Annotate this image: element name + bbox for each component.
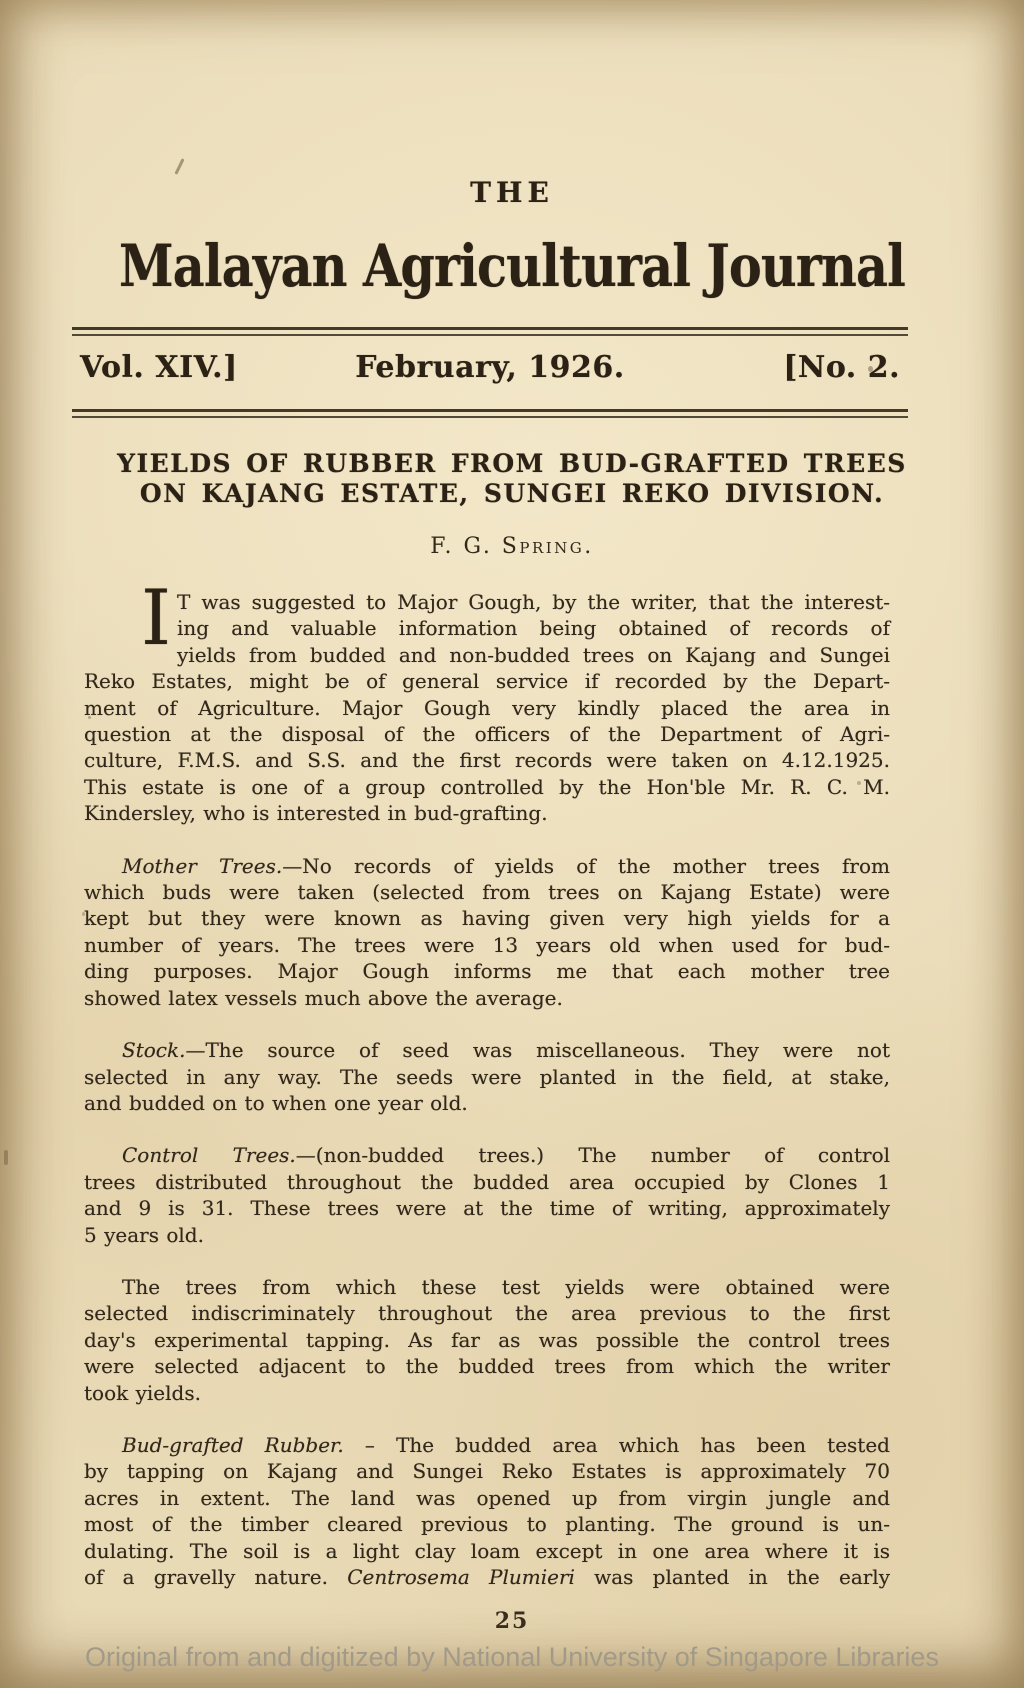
text-line: This estate is one of a group controlled… [84, 774, 890, 800]
article-author: F. G. Spring. [0, 534, 1024, 559]
scan-artifact [174, 158, 184, 175]
text-line: and budded on to when one year old. [84, 1090, 890, 1116]
scan-artifact [4, 1150, 8, 1165]
text-line: question at the disposal of the officers… [84, 721, 890, 747]
article-title-line-2: ON KAJANG ESTATE, SUNGEI REKO DIVISION. [0, 479, 1024, 509]
issue-date: February, 1926. [355, 350, 624, 385]
article-title-line-1: YIELDS OF RUBBER FROM BUD-GRAFTED TREES [0, 449, 1024, 479]
paragraph: Control Trees.—(non-budded trees.) The n… [84, 1142, 890, 1248]
text-line: which buds were taken (selected from tre… [84, 879, 890, 905]
text-line: dulating. The soil is a light clay loam … [84, 1538, 890, 1564]
text-line: and 9 is 31. These trees were at the tim… [84, 1195, 890, 1221]
text-line: most of the timber cleared previous to p… [84, 1511, 890, 1537]
text-line: T was suggested to Major Gough, by the w… [84, 589, 890, 615]
text-line: Mother Trees.—No records of yields of th… [84, 853, 890, 879]
text-line: ding purposes. Major Gough informs me th… [84, 958, 890, 984]
text-line: 5 years old. [84, 1222, 890, 1248]
volume-label: Vol. XIV.] [80, 350, 355, 385]
text-line: yields from budded and non-budded trees … [84, 642, 890, 668]
scan-artifact [88, 716, 91, 719]
paragraph: Mother Trees.—No records of yields of th… [84, 853, 890, 1011]
text-line: culture, F.M.S. and S.S. and the first r… [84, 747, 890, 773]
journal-kicker: THE [0, 176, 1024, 209]
double-rule-top [72, 327, 908, 336]
text-line: acres in extent. The land was opened up … [84, 1485, 890, 1511]
text-line: Bud-grafted Rubber. – The budded area wh… [84, 1432, 890, 1458]
scan-artifact [82, 912, 85, 916]
text-line: selected in any way. The seeds were plan… [84, 1064, 890, 1090]
text-line: Reko Estates, might be of general servic… [84, 668, 890, 694]
paragraph: IT was suggested to Major Gough, by the … [84, 589, 890, 827]
text-line: showed latex vessels much above the aver… [84, 985, 890, 1011]
scan-artifact [868, 366, 873, 372]
text-line: Control Trees.—(non-budded trees.) The n… [84, 1142, 890, 1168]
text-line: by tapping on Kajang and Sungei Reko Est… [84, 1458, 890, 1484]
text-line: The trees from which these test yields w… [84, 1274, 890, 1300]
scan-artifact [857, 781, 861, 785]
issue-number: [No. 2. [625, 350, 900, 385]
journal-masthead: Malayan Agricultural Journal [77, 232, 947, 300]
page-number: 25 [0, 1608, 1024, 1634]
paragraph: Stock.—The source of seed was miscellane… [84, 1037, 890, 1116]
text-line: number of years. The trees were 13 years… [84, 932, 890, 958]
text-line: were selected adjacent to the budded tre… [84, 1353, 890, 1379]
journal-page: THE Malayan Agricultural Journal Vol. XI… [0, 0, 1024, 1688]
article-body: IT was suggested to Major Gough, by the … [84, 589, 890, 1590]
article-title: YIELDS OF RUBBER FROM BUD-GRAFTED TREES … [0, 449, 1024, 509]
issue-info-row: Vol. XIV.] February, 1926. [No. 2. [80, 350, 900, 385]
paragraph: The trees from which these test yields w… [84, 1274, 890, 1406]
text-line: took yields. [84, 1380, 890, 1406]
text-line: Kindersley, who is interested in bud-gra… [84, 800, 890, 826]
drop-cap: I [84, 589, 177, 655]
text-line: ment of Agriculture. Major Gough very ki… [84, 695, 890, 721]
text-line: day's experimental tapping. As far as wa… [84, 1327, 890, 1353]
text-line: Stock.—The source of seed was miscellane… [84, 1037, 890, 1063]
text-line: selected indiscriminately throughout the… [84, 1300, 890, 1326]
text-line: trees distributed throughout the budded … [84, 1169, 890, 1195]
paragraph: Bud-grafted Rubber. – The budded area wh… [84, 1432, 890, 1590]
double-rule-bottom [72, 409, 908, 418]
text-line: ing and valuable information being obtai… [84, 615, 890, 641]
text-line: kept but they were known as having given… [84, 905, 890, 931]
digitization-attribution: Original from and digitized by National … [0, 1642, 1024, 1673]
text-line: of a gravelly nature. Centrosema Plumier… [84, 1564, 890, 1590]
